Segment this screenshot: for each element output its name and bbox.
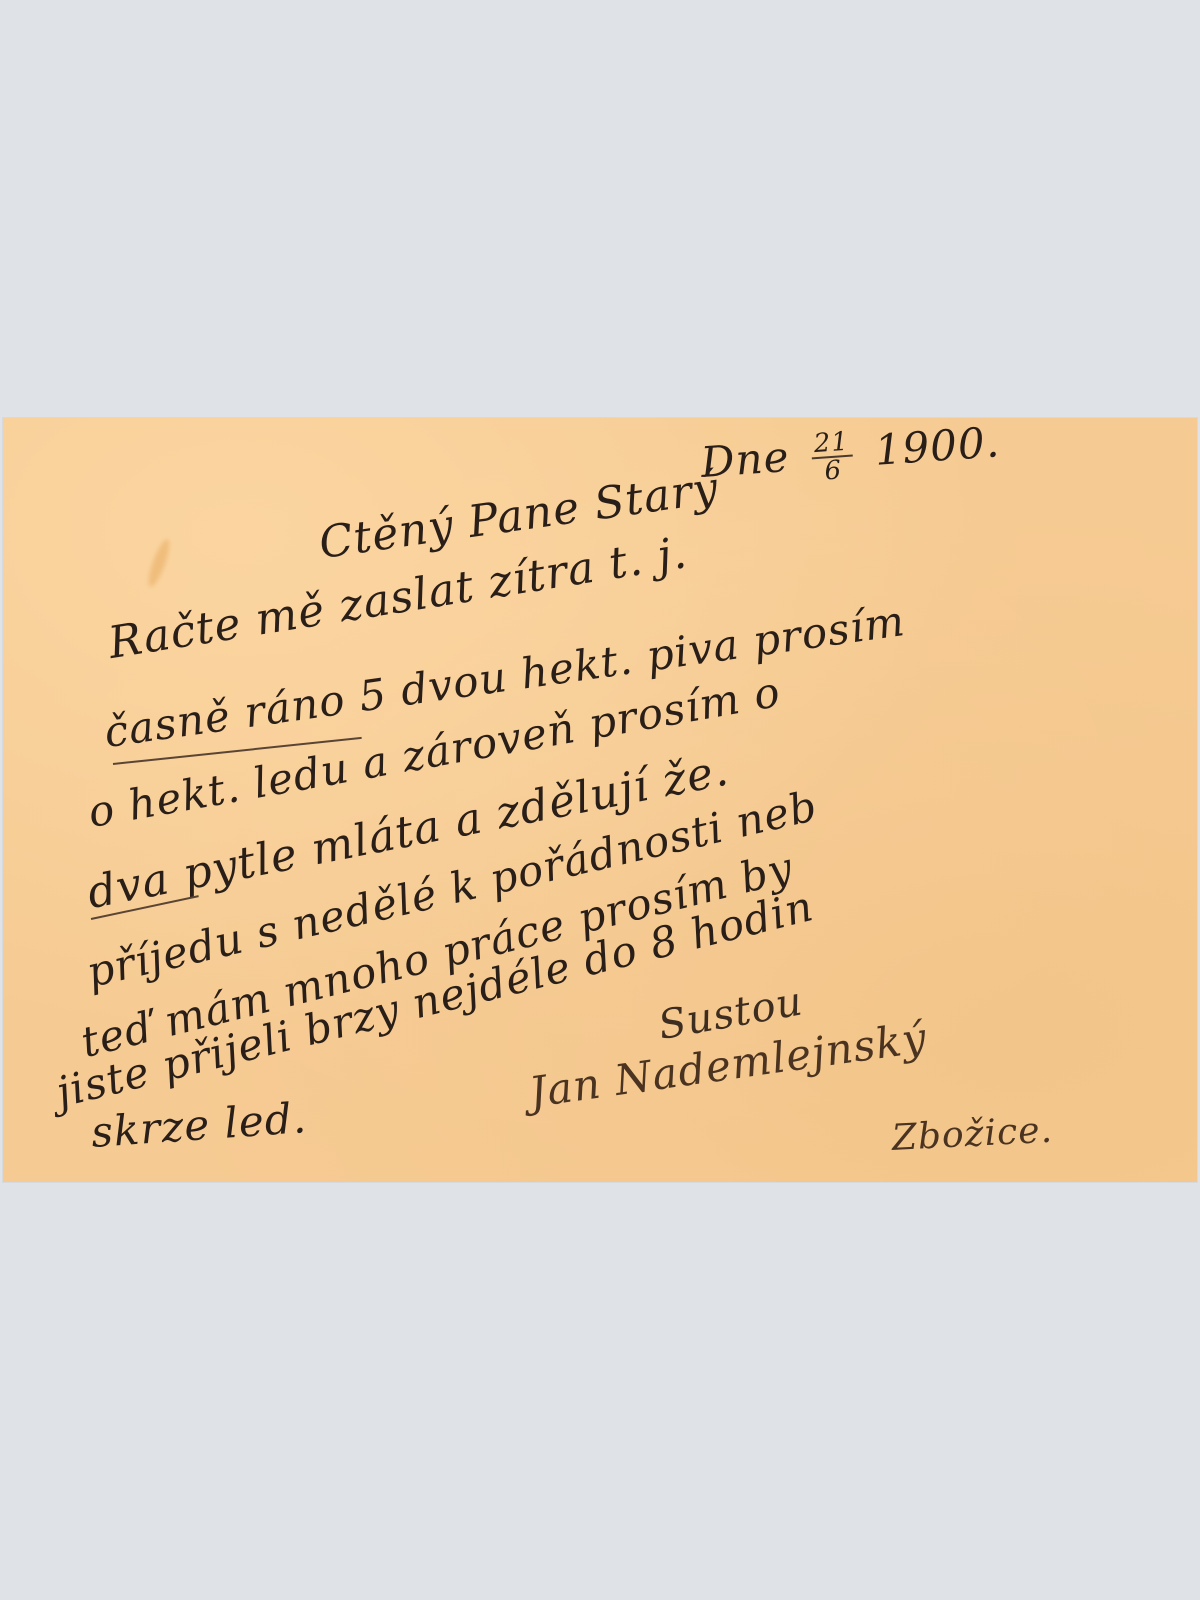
date-fraction: 21 6 bbox=[810, 429, 855, 486]
postcard: Dne 21 6 1900. Ctěný Pane Starý Račte mě… bbox=[3, 418, 1197, 1182]
paper-stain bbox=[145, 537, 173, 588]
date-year: 1900. bbox=[873, 418, 1001, 475]
date-line: Dne 21 6 1900. bbox=[699, 418, 1002, 493]
place-name: Zbožice. bbox=[891, 1110, 1054, 1159]
date-month: 6 bbox=[812, 456, 855, 485]
date-day: 21 bbox=[810, 429, 853, 460]
body-line-8: skrze led. bbox=[90, 1093, 309, 1157]
